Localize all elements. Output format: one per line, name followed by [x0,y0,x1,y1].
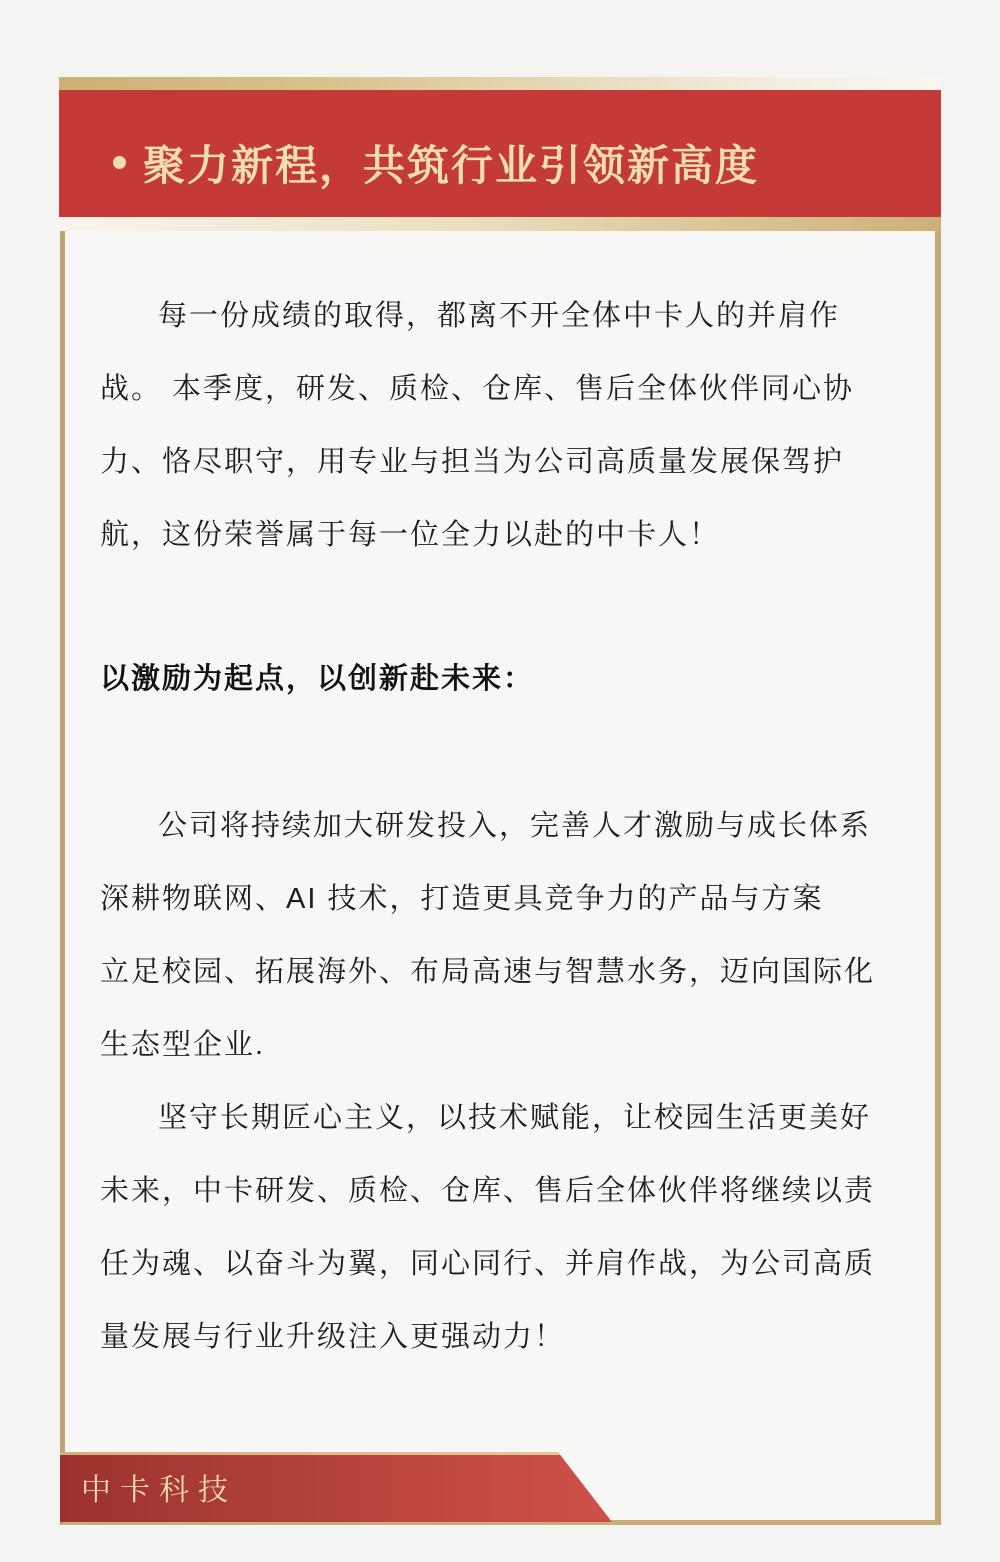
footer-ribbon: 中卡科技 [60,1452,612,1522]
paragraph-1-line-3: 力、恪尽职守，用专业与担当为公司高质量发展保驾护 [100,426,905,499]
poster-page: 聚力新程，共筑行业引领新高度 每一份成绩的取得，都离不开全体中卡人的并肩作 战。… [0,0,1000,1562]
paragraph-1-line-4: 航，这份荣誉属于每一位全力以赴的中卡人！ [100,499,905,572]
title-banner: 聚力新程，共筑行业引领新高度 [59,90,941,217]
paragraph-3-line-3: 任为魂、以奋斗为翼，同心同行、并肩作战，为公司高质 [100,1228,905,1301]
gold-strip-bottom [59,217,941,231]
paragraph-1: 每一份成绩的取得，都离不开全体中卡人的并肩作 战。 本季度，研发、质检、仓库、售… [100,280,905,572]
paragraph-3-line-2: 未来，中卡研发、质检、仓库、售后全体伙伴将继续以责 [100,1155,905,1228]
article-body: 每一份成绩的取得，都离不开全体中卡人的并肩作 战。 本季度，研发、质检、仓库、售… [60,231,941,1525]
brand-name: 中卡科技 [81,1465,237,1509]
page-title: 聚力新程，共筑行业引领新高度 [143,133,759,193]
paragraph-2-line-2: 深耕物联网、AI 技术，打造更具竞争力的产品与方案 [100,863,905,936]
section-heading: 以激励为起点，以创新赴未来： [100,643,905,716]
paragraph-2: 公司将持续加大研发投入，完善人才激励与成长体系 深耕物联网、AI 技术，打造更具… [100,790,905,1082]
header-banner: 聚力新程，共筑行业引领新高度 [59,77,941,231]
paragraph-3: 坚守长期匠心主义，以技术赋能，让校园生活更美好 未来，中卡研发、质检、仓库、售后… [100,1082,905,1374]
gold-strip-top [59,77,941,90]
paragraph-2-line-1: 公司将持续加大研发投入，完善人才激励与成长体系 [100,790,905,863]
paragraph-3-line-1: 坚守长期匠心主义，以技术赋能，让校园生活更美好 [100,1082,905,1155]
paragraph-2-line-3: 立足校园、拓展海外、布局高速与智慧水务，迈向国际化 [100,936,905,1009]
paragraph-1-line-2: 战。 本季度，研发、质检、仓库、售后全体伙伴同心协 [100,353,905,426]
paragraph-2-line-4: 生态型企业. [100,1009,905,1082]
paragraph-3-line-4: 量发展与行业升级注入更强动力！ [100,1301,905,1374]
paragraph-1-line-1: 每一份成绩的取得，都离不开全体中卡人的并肩作 [100,280,905,353]
bullet-dot-icon [113,156,126,169]
